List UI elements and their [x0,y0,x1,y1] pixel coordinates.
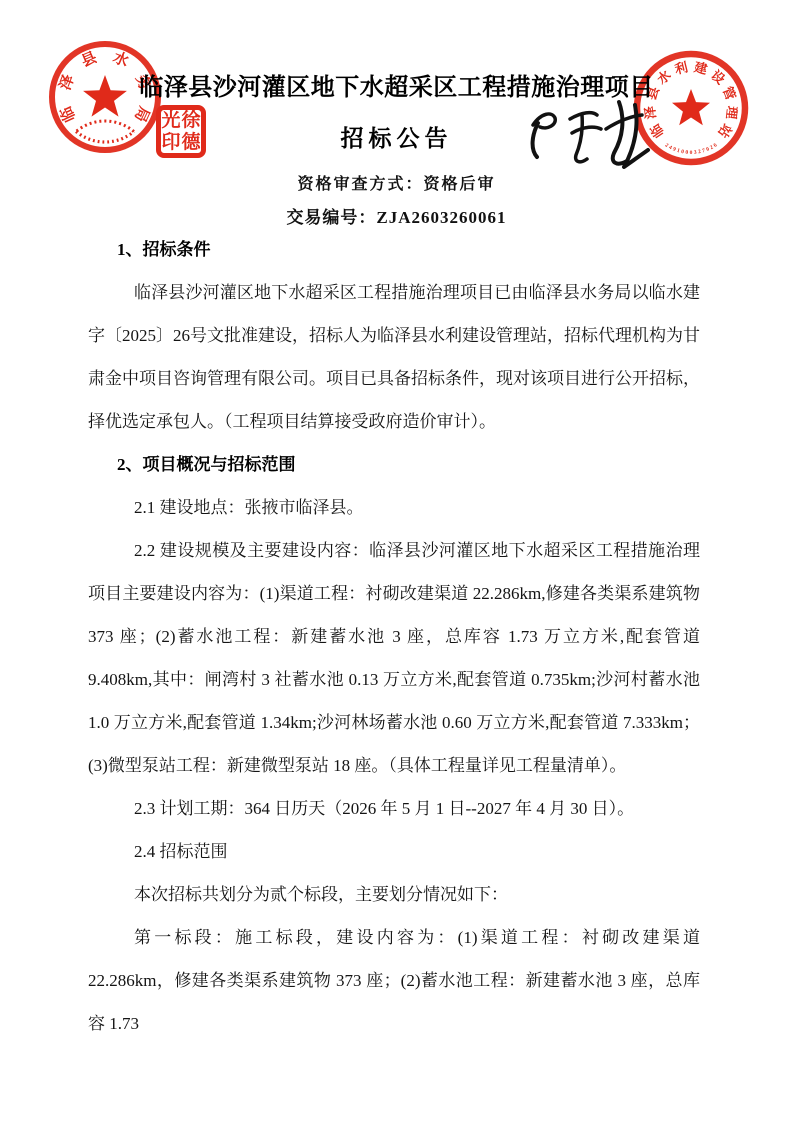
paragraph: 第一标段：施工标段，建设内容为：(1)渠道工程：衬砌改建渠道 22.286km，… [88,916,700,1045]
paragraph: 临泽县沙河灌区地下水超采区工程措施治理项目已由临泽县水务局以临水建字〔2025〕… [88,271,700,443]
document-page: 临泽县沙河灌区地下水超采区工程措施治理项目 招标公告 资格审查方式：资格后审 交… [0,0,793,1122]
trade-number-line: 交易编号：ZJA2603260061 [0,207,793,229]
document-subtitle: 招标公告 [0,124,793,154]
document-body: 1、招标条件临泽县沙河灌区地下水超采区工程措施治理项目已由临泽县水务局以临水建字… [88,228,700,1045]
qualification-review-line: 资格审查方式：资格后审 [0,174,793,196]
paragraph: 2.3 计划工期：364 日历天（2026 年 5 月 1 日--2027 年 … [88,787,700,830]
paragraph: 2.4 招标范围 [88,830,700,873]
paragraph: 2.2 建设规模及主要建设内容：临泽县沙河灌区地下水超采区工程措施治理项目主要建… [88,529,700,787]
handwritten-signature [522,95,654,180]
paragraph: 2.1 建设地点：张掖市临泽县。 [88,486,700,529]
section-heading: 1、招标条件 [88,228,700,271]
paragraph: 本次招标共划分为贰个标段，主要划分情况如下： [88,873,700,916]
section-heading: 2、项目概况与招标范围 [88,443,700,486]
document-header: 临泽县沙河灌区地下水超采区工程措施治理项目 招标公告 资格审查方式：资格后审 交… [0,0,793,229]
document-title: 临泽县沙河灌区地下水超采区工程措施治理项目 [0,72,793,104]
